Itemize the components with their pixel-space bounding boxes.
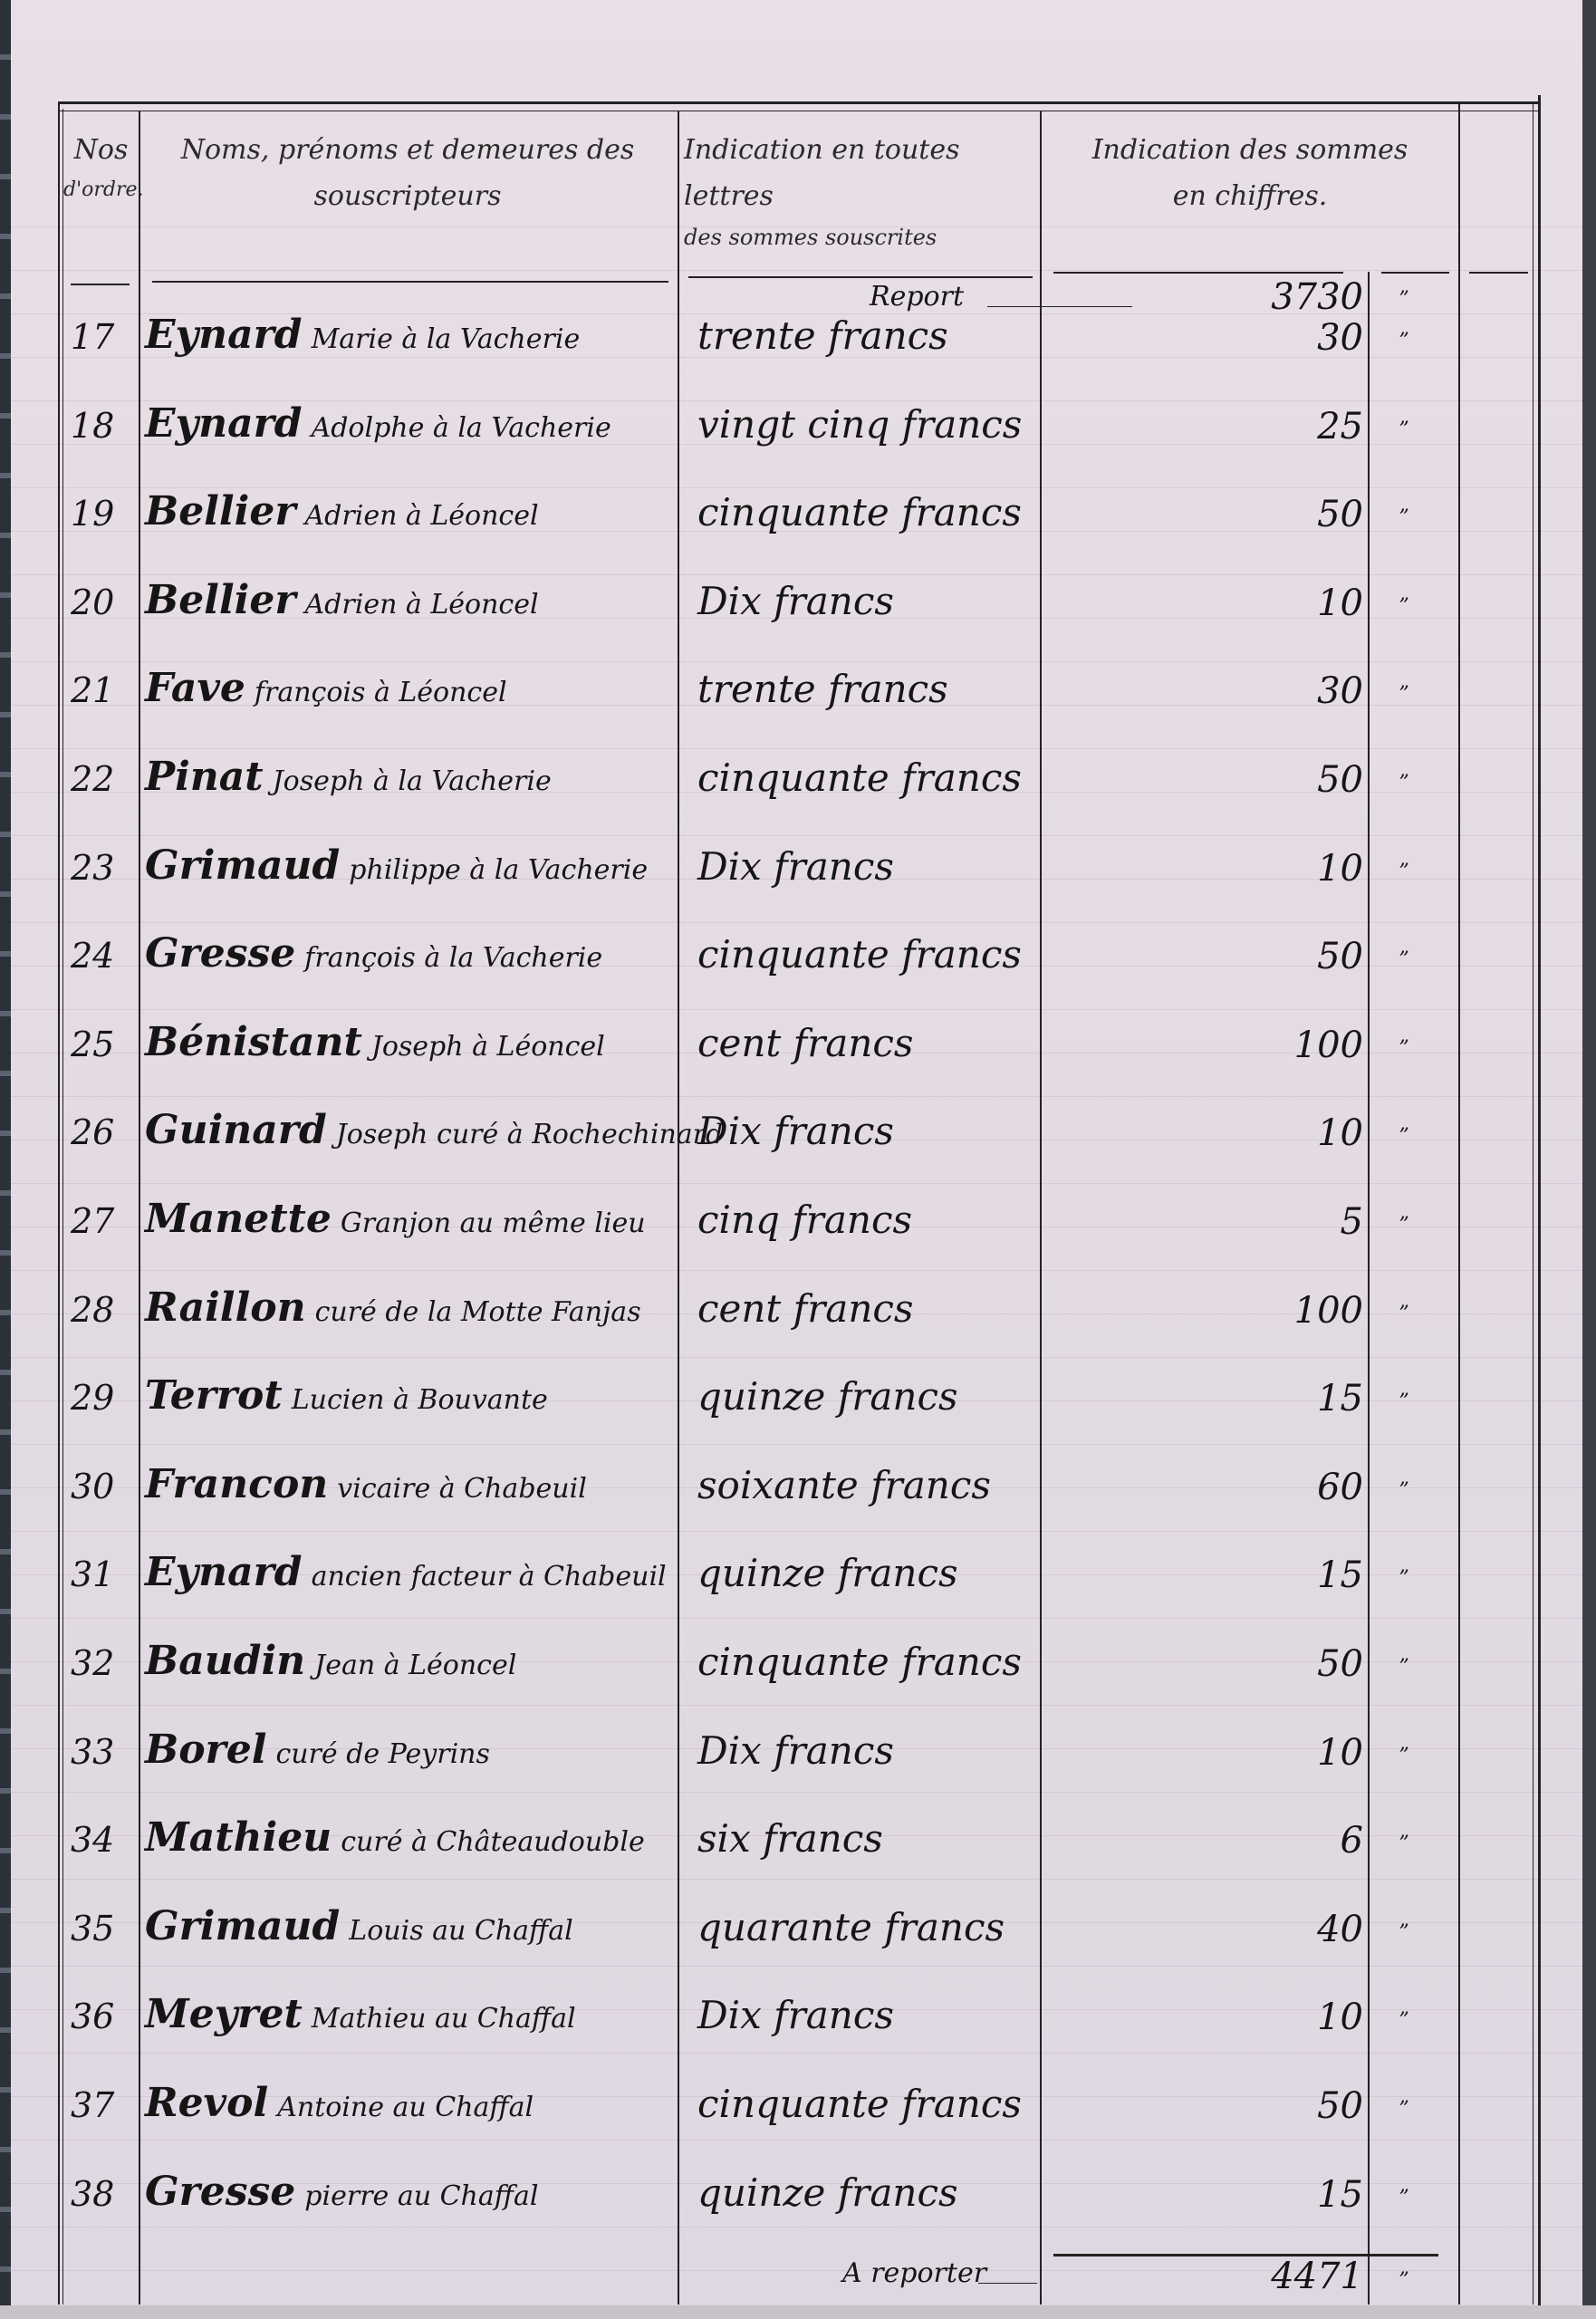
table-left-border bbox=[58, 101, 60, 2305]
amount-in-words: Dix francs bbox=[697, 844, 894, 889]
amount-in-words: trente francs bbox=[697, 667, 948, 711]
subscriber-surname: Pinat bbox=[145, 754, 264, 800]
header-rule-extra bbox=[1469, 272, 1528, 274]
header-rule-noms bbox=[152, 281, 668, 283]
amount-in-figures: 25 bbox=[1091, 406, 1363, 447]
amount-in-figures: 50 bbox=[1091, 759, 1363, 801]
amount-in-words: vingt cinq francs bbox=[697, 402, 1022, 447]
page-bottom-edge bbox=[0, 2305, 1596, 2319]
amount-cents: ” bbox=[1386, 1921, 1422, 1944]
amount-in-words: cinquante francs bbox=[697, 2082, 1022, 2126]
amount-cents: ” bbox=[1386, 1833, 1422, 1855]
subscriber-name: BellierAdrien à Léoncel bbox=[145, 488, 539, 534]
subscriber-details: Granjon au même lieu bbox=[341, 1208, 646, 1239]
subscriber-name: TerrotLucien à Bouvante bbox=[145, 1372, 548, 1419]
amount-in-words: Dix francs bbox=[697, 1993, 894, 2037]
amount-in-words: Dix francs bbox=[697, 579, 894, 623]
subscriber-name: BaudinJean à Léoncel bbox=[145, 1638, 516, 1684]
page-ruling-line bbox=[11, 1966, 1582, 1967]
amount-in-figures: 15 bbox=[1091, 2174, 1363, 2216]
amount-cents: ” bbox=[1386, 948, 1422, 971]
amount-in-figures: 10 bbox=[1091, 1112, 1363, 1154]
amount-in-figures: 30 bbox=[1091, 670, 1363, 712]
page-ruling-line bbox=[11, 661, 1582, 662]
subscriber-details: Joseph à Léoncel bbox=[371, 1031, 605, 1063]
page-ruling-line bbox=[11, 1009, 1582, 1010]
amount-in-figures: 100 bbox=[1091, 1025, 1363, 1066]
page-ruling-line bbox=[11, 1183, 1582, 1184]
row-number: 28 bbox=[71, 1290, 114, 1330]
amount-cents: ” bbox=[1386, 2187, 1422, 2209]
subscriber-name: Railloncuré de la Motte Fanjas bbox=[145, 1285, 641, 1331]
page-ruling-line bbox=[11, 1096, 1582, 1097]
row-number: 20 bbox=[71, 582, 114, 622]
amount-cents: ” bbox=[1386, 1567, 1422, 1590]
binding-strip bbox=[0, 0, 11, 2319]
subscriber-surname: Grimaud bbox=[145, 1903, 340, 1949]
amount-in-words: quinze francs bbox=[697, 1551, 958, 1595]
header-chiffres: Indication des sommes en chiffres. bbox=[1046, 127, 1454, 219]
amount-cents: ” bbox=[1386, 1214, 1422, 1236]
page-ruling-line bbox=[11, 1879, 1582, 1880]
subscriber-surname: Bellier bbox=[145, 488, 296, 534]
col-divider-lettres bbox=[1040, 111, 1042, 2305]
table-top-border-inner bbox=[59, 111, 1540, 111]
subscriber-details: philippe à la Vacherie bbox=[349, 854, 648, 886]
report-cents: ” bbox=[1386, 288, 1422, 311]
subscriber-name: Gressepierre au Chaffal bbox=[145, 2169, 538, 2215]
subscriber-details: Mathieu au Chaffal bbox=[312, 2003, 576, 2035]
subscriber-surname: Terrot bbox=[145, 1372, 283, 1419]
subscriber-surname: Eynard bbox=[145, 312, 303, 358]
amount-cents: ” bbox=[1386, 2098, 1422, 2121]
page-ruling-line bbox=[11, 748, 1582, 749]
page-ruling-line bbox=[11, 922, 1582, 923]
amount-in-words: cent francs bbox=[697, 1021, 913, 1065]
amount-cents: ” bbox=[1386, 1390, 1422, 1413]
subscriber-details: pierre au Chaffal bbox=[304, 2180, 538, 2212]
amount-cents: ” bbox=[1386, 595, 1422, 618]
table-top-border bbox=[59, 101, 1540, 104]
row-number: 38 bbox=[71, 2174, 114, 2214]
subscriber-name: Borelcuré de Peyrins bbox=[145, 1727, 490, 1773]
amount-in-figures: 60 bbox=[1091, 1467, 1363, 1508]
amount-in-figures: 50 bbox=[1091, 1643, 1363, 1685]
col-divider-noms bbox=[678, 111, 679, 2305]
subscriber-surname: Manette bbox=[145, 1196, 332, 1242]
row-number: 37 bbox=[71, 2085, 114, 2125]
subscriber-surname: Raillon bbox=[145, 1285, 306, 1331]
row-number: 24 bbox=[71, 936, 114, 976]
subscriber-name: Mathieucuré à Châteaudouble bbox=[145, 1814, 645, 1861]
amount-cents: ” bbox=[1386, 861, 1422, 883]
subscriber-details: françois à la Vacherie bbox=[304, 942, 602, 974]
subscriber-name: EynardAdolphe à la Vacherie bbox=[145, 400, 611, 447]
amount-in-words: quinze francs bbox=[697, 1374, 958, 1419]
row-number: 31 bbox=[71, 1554, 114, 1594]
row-number: 21 bbox=[71, 670, 114, 710]
subscriber-details: Lucien à Bouvante bbox=[292, 1384, 548, 1416]
amount-cents: ” bbox=[1386, 2009, 1422, 2032]
amount-in-figures: 6 bbox=[1091, 1820, 1363, 1862]
amount-in-figures: 10 bbox=[1091, 848, 1363, 890]
page-ruling-line bbox=[11, 1705, 1582, 1706]
subscriber-surname: Guinard bbox=[145, 1107, 327, 1153]
subscriber-details: ancien facteur à Chabeuil bbox=[312, 1561, 667, 1593]
row-number: 35 bbox=[71, 1909, 114, 1949]
amount-in-words: soixante francs bbox=[697, 1463, 991, 1507]
col-divider-ordre bbox=[139, 111, 140, 2305]
header-rule-centimes bbox=[1381, 272, 1449, 274]
subscriber-details: Louis au Chaffal bbox=[349, 1915, 572, 1947]
subscriber-surname: Eynard bbox=[145, 1549, 303, 1595]
subscriber-details: curé à Châteaudouble bbox=[341, 1826, 645, 1858]
amount-in-words: cinquante francs bbox=[697, 932, 1022, 977]
col-divider-extra bbox=[1458, 101, 1460, 2305]
subscriber-surname: Baudin bbox=[145, 1638, 305, 1684]
page-ruling-line bbox=[11, 2227, 1582, 2228]
page-ruling-line bbox=[11, 270, 1582, 271]
carry-forward-cents: ” bbox=[1386, 2269, 1422, 2292]
header-noms: Noms, prénoms et demeures des souscripte… bbox=[145, 127, 670, 219]
subscriber-details: Antoine au Chaffal bbox=[277, 2092, 534, 2123]
subscriber-details: Adrien à Léoncel bbox=[305, 589, 539, 621]
amount-in-words: quinze francs bbox=[697, 2170, 958, 2215]
subscriber-details: Joseph curé à Rochechinard bbox=[336, 1119, 723, 1150]
table-right-border bbox=[1538, 95, 1541, 2305]
row-number: 27 bbox=[71, 1201, 114, 1241]
amount-in-figures: 100 bbox=[1091, 1290, 1363, 1332]
amount-in-words: cinquante francs bbox=[697, 755, 1022, 800]
amount-in-figures: 10 bbox=[1091, 1732, 1363, 1774]
page-ruling-line bbox=[11, 2053, 1582, 2054]
amount-in-words: quarante francs bbox=[697, 1905, 1005, 1949]
amount-in-words: Dix francs bbox=[697, 1109, 894, 1153]
amount-in-words: cent francs bbox=[697, 1286, 913, 1331]
amount-cents: ” bbox=[1386, 1037, 1422, 1060]
subscriber-name: RevolAntoine au Chaffal bbox=[145, 2080, 534, 2126]
subscriber-name: Franconvicaire à Chabeuil bbox=[145, 1461, 587, 1507]
subscriber-surname: Mathieu bbox=[145, 1814, 332, 1861]
page-ruling-line bbox=[11, 835, 1582, 836]
amount-in-words: six francs bbox=[697, 1816, 883, 1861]
amount-in-figures: 15 bbox=[1091, 1378, 1363, 1419]
row-number: 34 bbox=[71, 1820, 114, 1860]
carry-forward-leader-line bbox=[978, 2283, 1037, 2284]
row-number: 33 bbox=[71, 1732, 114, 1772]
row-number: 17 bbox=[71, 317, 114, 357]
subscriber-details: curé de Peyrins bbox=[275, 1738, 489, 1770]
subscriber-surname: Grimaud bbox=[145, 842, 340, 889]
amount-in-words: cinquante francs bbox=[697, 490, 1022, 534]
amount-cents: ” bbox=[1386, 772, 1422, 794]
page-ruling-line bbox=[11, 1357, 1582, 1358]
subscriber-surname: Fave bbox=[145, 665, 245, 711]
subscriber-details: Marie à la Vacherie bbox=[312, 323, 581, 355]
subscriber-surname: Francon bbox=[145, 1461, 328, 1507]
report-amount: 3730 bbox=[1091, 276, 1363, 318]
report-label: Report bbox=[870, 281, 964, 313]
header-lettres: Indication en toutes lettres des sommes … bbox=[684, 127, 1037, 256]
row-number: 32 bbox=[71, 1643, 114, 1683]
amount-in-words: cinq francs bbox=[697, 1198, 912, 1242]
subscriber-name: MeyretMathieu au Chaffal bbox=[145, 1991, 576, 2037]
amount-in-figures: 10 bbox=[1091, 582, 1363, 624]
subscriber-surname: Meyret bbox=[145, 1991, 303, 2037]
amount-cents: ” bbox=[1386, 1656, 1422, 1679]
subscriber-surname: Eynard bbox=[145, 400, 303, 447]
page-ruling-line bbox=[11, 1270, 1582, 1271]
col-divider-centimes bbox=[1368, 272, 1370, 2305]
row-number: 36 bbox=[71, 1997, 114, 2036]
row-number: 30 bbox=[71, 1467, 114, 1506]
row-number: 18 bbox=[71, 406, 114, 446]
amount-in-figures: 50 bbox=[1091, 494, 1363, 535]
amount-in-words: trente francs bbox=[697, 313, 948, 358]
carry-forward-label: A reporter bbox=[842, 2257, 986, 2289]
page-ruling-line bbox=[11, 1618, 1582, 1619]
subscriber-name: BellierAdrien à Léoncel bbox=[145, 577, 539, 623]
amount-cents: ” bbox=[1386, 506, 1422, 529]
subscriber-name: BénistantJoseph à Léoncel bbox=[145, 1019, 605, 1065]
amount-cents: ” bbox=[1386, 683, 1422, 706]
amount-in-figures: 30 bbox=[1091, 317, 1363, 359]
amount-in-figures: 15 bbox=[1091, 1554, 1363, 1596]
page-ruling-line bbox=[11, 1792, 1582, 1793]
header-ordre: Nos d'ordre. bbox=[63, 127, 139, 207]
amount-cents: ” bbox=[1386, 1479, 1422, 1502]
subscriber-surname: Gresse bbox=[145, 2169, 295, 2215]
subscriber-surname: Bénistant bbox=[145, 1019, 362, 1065]
page-ruling-line bbox=[11, 1444, 1582, 1445]
page-ruling-line bbox=[11, 1531, 1582, 1532]
subscriber-surname: Borel bbox=[145, 1727, 266, 1773]
subscriber-surname: Bellier bbox=[145, 577, 296, 623]
header-rule-ordre bbox=[71, 284, 130, 285]
subscriber-name: Favefrançois à Léoncel bbox=[145, 665, 507, 711]
amount-in-words: cinquante francs bbox=[697, 1640, 1022, 1684]
amount-cents: ” bbox=[1386, 330, 1422, 352]
row-number: 26 bbox=[71, 1112, 114, 1152]
subscriber-details: françois à Léoncel bbox=[255, 677, 507, 708]
subscriber-surname: Gresse bbox=[145, 930, 295, 977]
row-number: 22 bbox=[71, 759, 114, 799]
row-number: 25 bbox=[71, 1025, 114, 1064]
subscriber-surname: Revol bbox=[145, 2080, 268, 2126]
table-left-border-inner bbox=[62, 109, 63, 2305]
carry-forward-amount: 4471 bbox=[1091, 2256, 1363, 2297]
subscriber-details: Adrien à Léoncel bbox=[305, 500, 539, 532]
subscriber-name: Grimaudphilippe à la Vacherie bbox=[145, 842, 648, 889]
subscriber-details: Joseph à la Vacherie bbox=[273, 765, 552, 797]
subscriber-name: Eynardancien facteur à Chabeuil bbox=[145, 1549, 667, 1595]
amount-in-figures: 50 bbox=[1091, 936, 1363, 977]
row-number: 19 bbox=[71, 494, 114, 534]
subscriber-name: EynardMarie à la Vacherie bbox=[145, 312, 580, 358]
amount-cents: ” bbox=[1386, 1125, 1422, 1148]
page-ruling-line bbox=[11, 2140, 1582, 2141]
amount-in-figures: 10 bbox=[1091, 1997, 1363, 2038]
row-number: 29 bbox=[71, 1378, 114, 1418]
subscriber-name: PinatJoseph à la Vacherie bbox=[145, 754, 552, 800]
subscriber-name: GuinardJoseph curé à Rochechinard bbox=[145, 1107, 723, 1153]
amount-cents: ” bbox=[1386, 1303, 1422, 1325]
page-ruling-line bbox=[11, 574, 1582, 575]
amount-in-words: Dix francs bbox=[697, 1728, 894, 1773]
amount-cents: ” bbox=[1386, 419, 1422, 441]
row-number: 23 bbox=[71, 848, 114, 888]
amount-cents: ” bbox=[1386, 1745, 1422, 1767]
subscriber-details: curé de la Motte Fanjas bbox=[315, 1296, 641, 1328]
header-rule-chiffres bbox=[1053, 272, 1343, 274]
subscriber-details: Adolphe à la Vacherie bbox=[312, 412, 611, 444]
subscriber-name: GrimaudLouis au Chaffal bbox=[145, 1903, 573, 1949]
amount-in-figures: 50 bbox=[1091, 2085, 1363, 2127]
amount-in-figures: 40 bbox=[1091, 1909, 1363, 1950]
subscriber-name: ManetteGranjon au même lieu bbox=[145, 1196, 646, 1242]
subscriber-details: vicaire à Chabeuil bbox=[337, 1473, 587, 1505]
amount-in-figures: 5 bbox=[1091, 1201, 1363, 1243]
subscriber-name: Gressefrançois à la Vacherie bbox=[145, 930, 602, 977]
table-right-border-inner bbox=[1533, 101, 1534, 2305]
subscriber-details: Jean à Léoncel bbox=[314, 1650, 516, 1681]
header-rule-lettres bbox=[688, 276, 1033, 278]
